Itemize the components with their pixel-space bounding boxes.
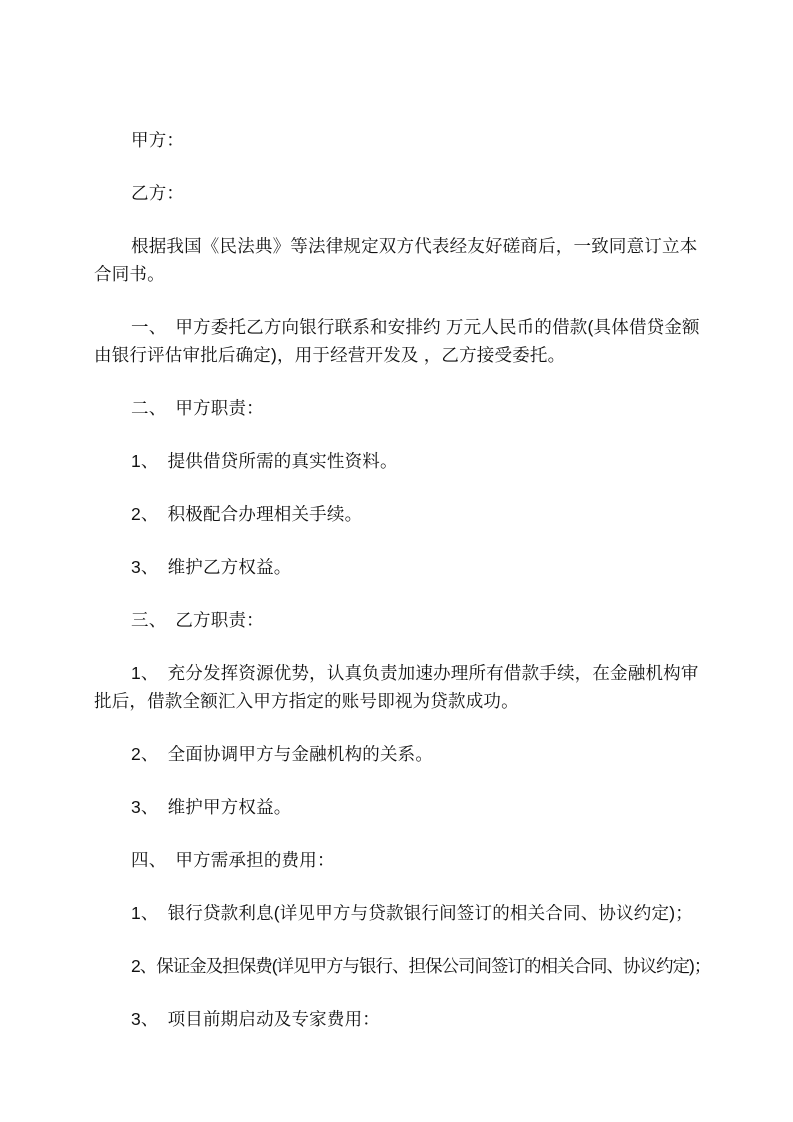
para-party-b-label: 乙方： <box>94 179 709 207</box>
para-clause-4-heading: 四、 甲方需承担的费用： <box>94 846 709 874</box>
para-clause-2-item-1: 1、 提供借贷所需的真实性资料。 <box>94 447 709 475</box>
para-clause-4-item-3: 3、 项目前期启动及专家费用： <box>94 1005 709 1033</box>
document-content: 甲方： 乙方： 根据我国《民法典》等法律规定双方代表经友好磋商后，一致同意订立本… <box>0 0 793 1033</box>
para-clause-3-heading: 三、 乙方职责： <box>94 606 709 634</box>
para-clause-3-item-1: 1、 充分发挥资源优势，认真负责加速办理所有借款手续，在金融机构审批后，借款全额… <box>94 659 709 715</box>
para-clause-2-item-3: 3、 维护乙方权益。 <box>94 553 709 581</box>
para-party-a-label: 甲方： <box>94 126 709 154</box>
document-page: 甲方： 乙方： 根据我国《民法典》等法律规定双方代表经友好磋商后，一致同意订立本… <box>0 0 793 1122</box>
para-clause-1: 一、 甲方委托乙方向银行联系和安排约 万元人民币的借款(具体借贷金额由银行评估审… <box>94 313 709 369</box>
para-clause-3-item-2: 2、 全面协调甲方与金融机构的关系。 <box>94 740 709 768</box>
para-clause-4-item-2: 2、保证金及担保费(详见甲方与银行、担保公司间签订的相关合同、协议约定)； <box>94 952 709 980</box>
para-clause-4-item-1: 1、 银行贷款利息(详见甲方与贷款银行间签订的相关合同、协议约定)； <box>94 899 709 927</box>
para-clause-3-item-3: 3、 维护甲方权益。 <box>94 793 709 821</box>
para-preamble: 根据我国《民法典》等法律规定双方代表经友好磋商后，一致同意订立本合同书。 <box>94 232 709 288</box>
para-clause-2-heading: 二、 甲方职责： <box>94 394 709 422</box>
para-clause-2-item-2: 2、 积极配合办理相关手续。 <box>94 500 709 528</box>
